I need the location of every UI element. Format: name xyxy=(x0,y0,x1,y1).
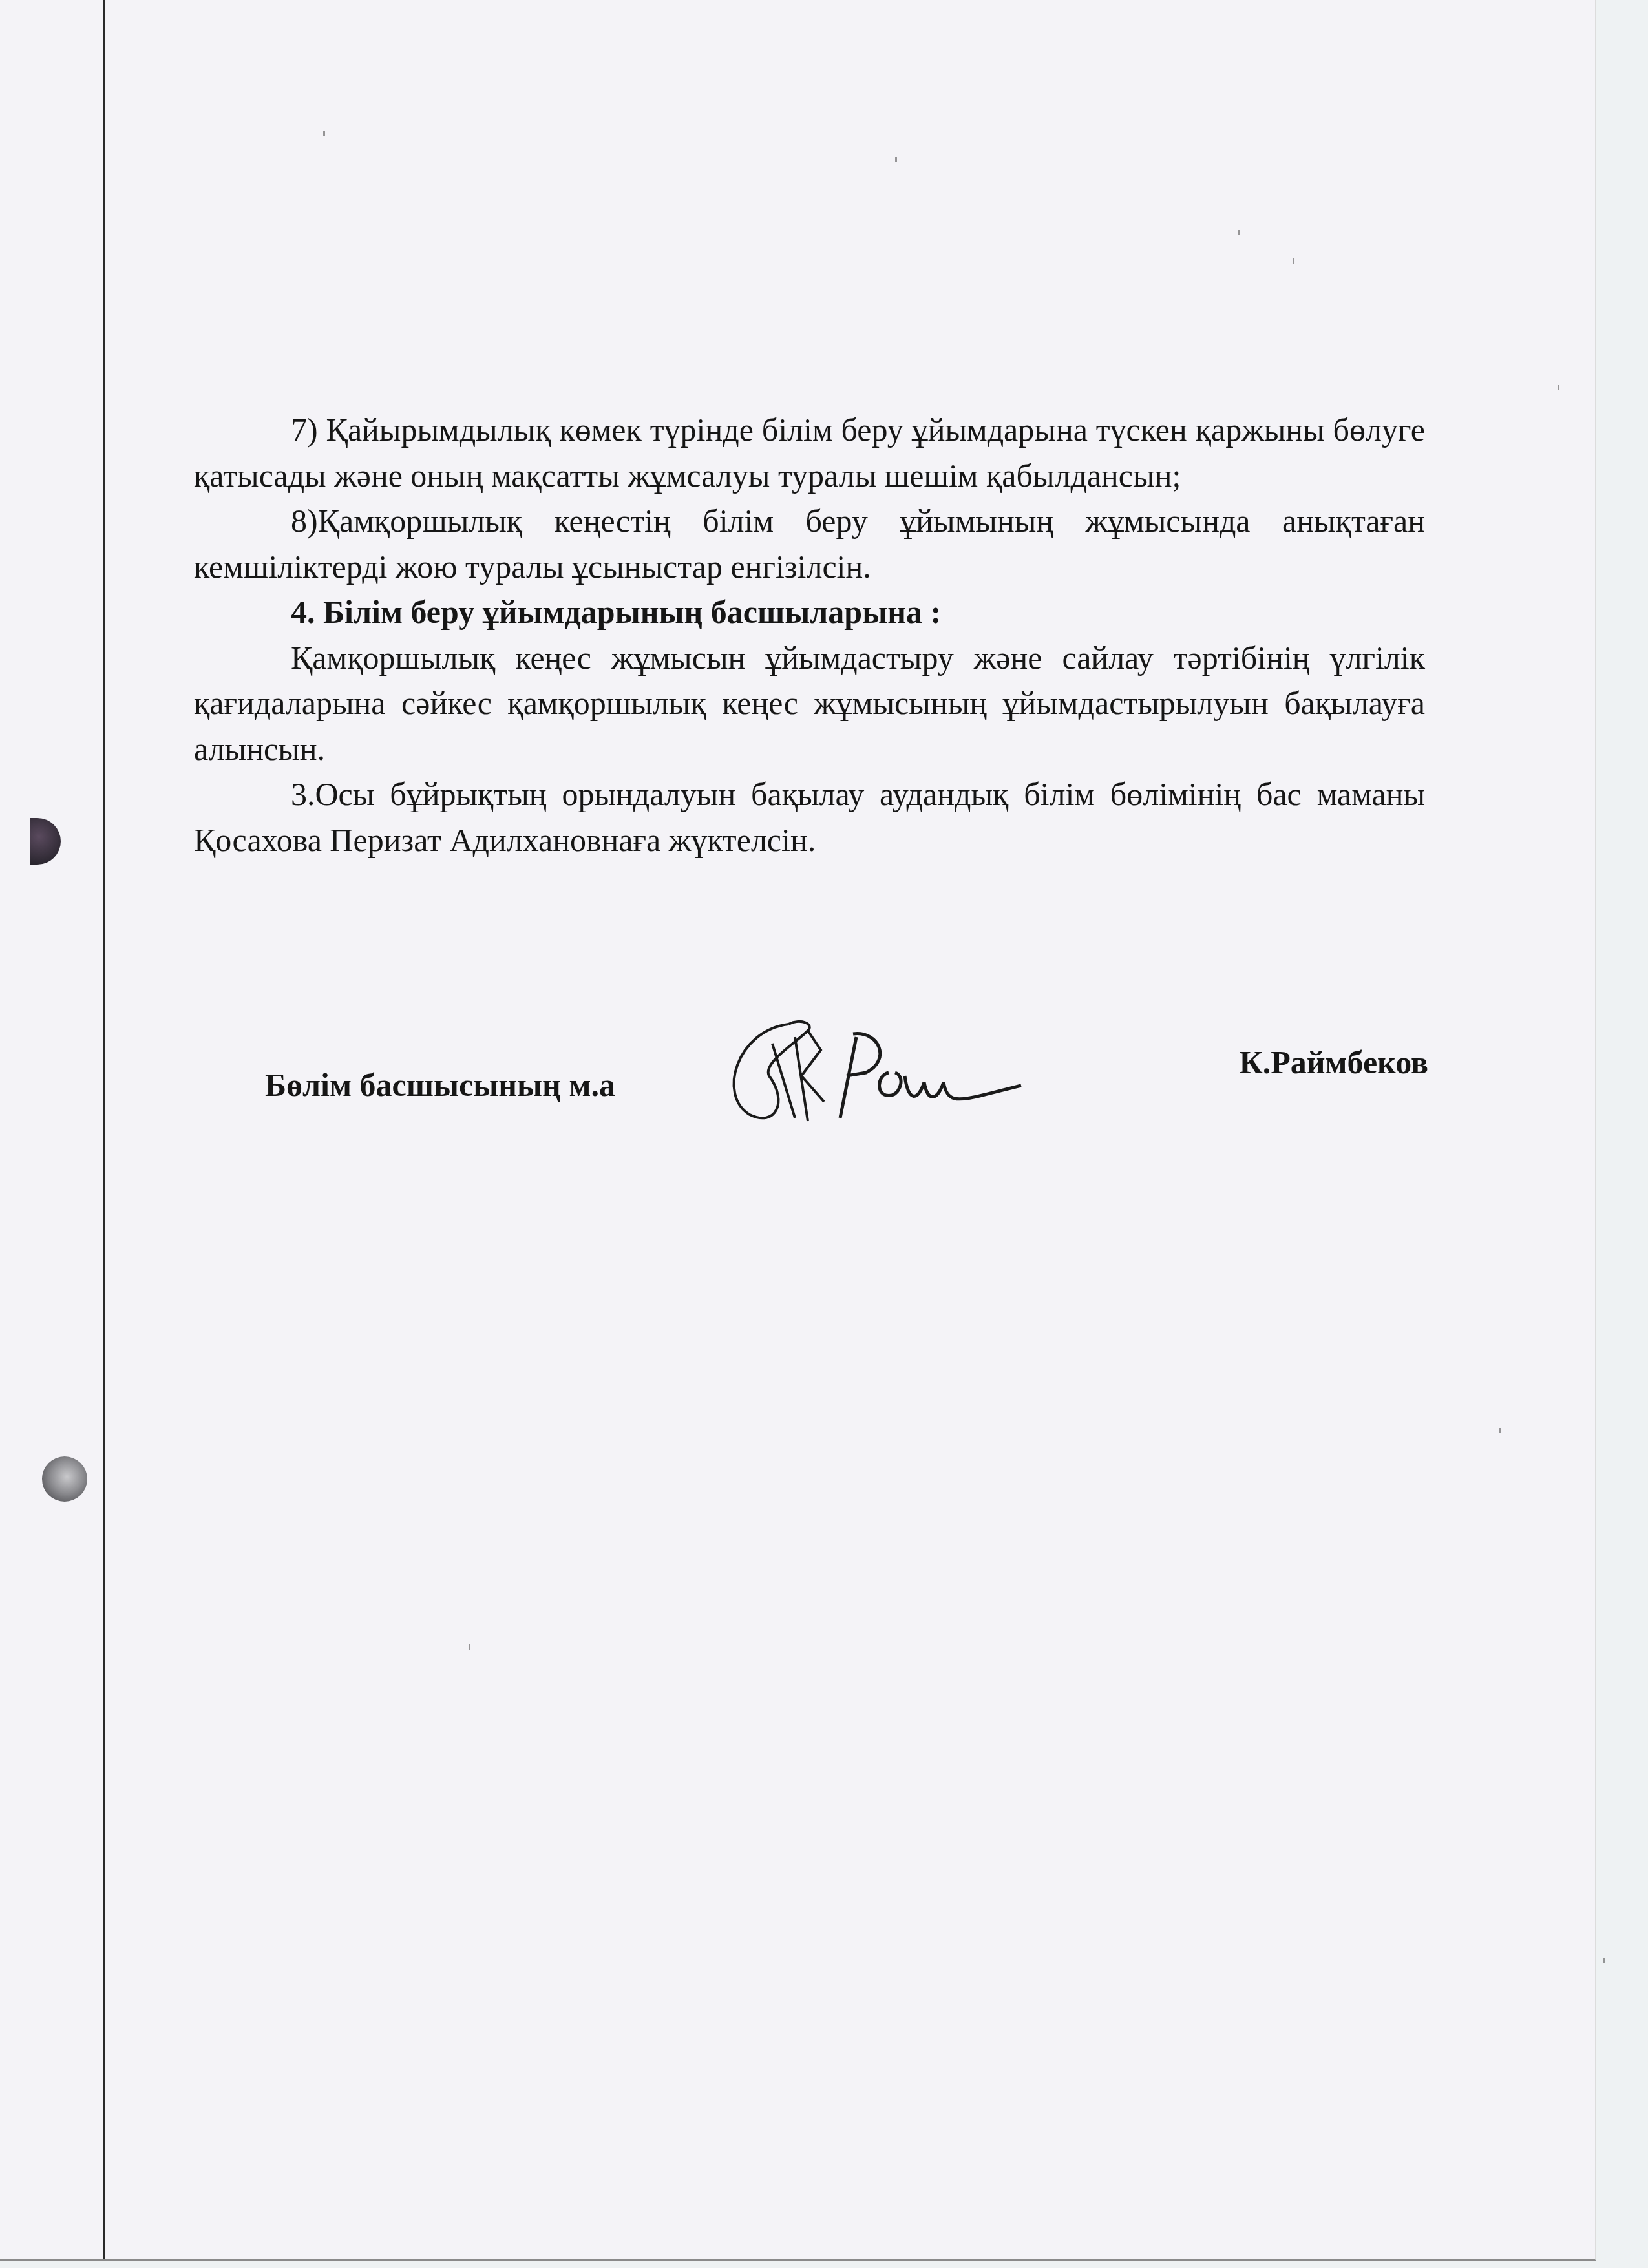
scan-speck xyxy=(1238,230,1240,235)
document-body: 7) Қайырымдылық көмек түрінде білім беру… xyxy=(194,407,1425,863)
scan-speck xyxy=(1499,1428,1501,1433)
paragraph-section-4: Қамқоршылық кеңес жұмысын ұйымдастыру жә… xyxy=(194,635,1425,772)
paragraph-item-3: 3.Осы бұйрықтың орындалуын бақылау аудан… xyxy=(194,772,1425,863)
scan-speck xyxy=(469,1644,470,1650)
signature-block: Бөлім басшысының м.а К.Раймбеков xyxy=(265,1005,1428,1134)
paragraph-item-8: 8)Қамқоршылық кеңестің білім беру ұйымын… xyxy=(194,498,1425,589)
scan-speck xyxy=(323,131,325,136)
punch-hole-icon xyxy=(42,1456,87,1502)
binding-margin-line xyxy=(103,0,105,2259)
punch-hole-icon xyxy=(30,818,61,865)
scan-speck xyxy=(1293,258,1294,264)
scan-speck xyxy=(895,157,897,162)
scan-speck xyxy=(1603,1958,1605,1963)
scanned-page: 7) Қайырымдылық көмек түрінде білім беру… xyxy=(0,0,1596,2261)
section-4-heading: 4. Білім беру ұйымдарының басшыларына : xyxy=(194,589,1425,635)
paragraph-item-7: 7) Қайырымдылық көмек түрінде білім беру… xyxy=(194,407,1425,498)
signatory-name: К.Раймбеков xyxy=(1239,1044,1428,1081)
signatory-title: Бөлім басшысының м.а xyxy=(265,1066,615,1104)
handwritten-signature-icon xyxy=(711,1005,1099,1134)
scan-speck xyxy=(1558,385,1559,390)
